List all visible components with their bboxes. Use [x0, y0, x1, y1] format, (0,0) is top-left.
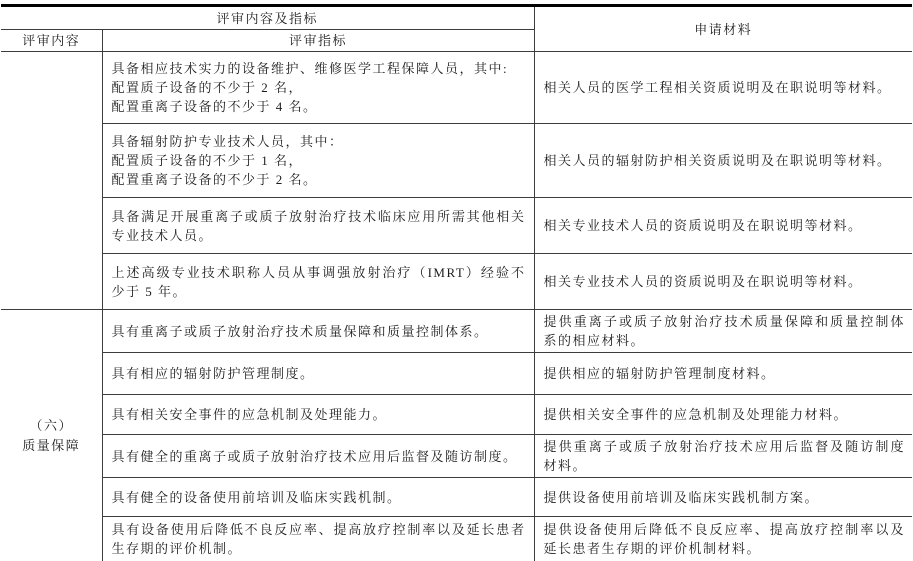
- indicator-cell: 具有重离子或质子放射治疗技术质量保障和质量控制体系。: [102, 310, 534, 353]
- material-cell: 相关人员的辐射防护相关资质说明及在职说明等材料。: [534, 124, 912, 198]
- header-application-materials: 申请材料: [534, 6, 912, 52]
- table-row: 具有健全的重离子或质子放射治疗技术应用后监督及随访制度。 提供重离子或质子放射治…: [1, 435, 912, 478]
- table-row: 具有相应的辐射防护管理制度。 提供相应的辐射防护管理制度材料。: [1, 353, 912, 395]
- material-cell: 相关专业技术人员的资质说明及在职说明等材料。: [534, 198, 912, 254]
- material-cell: 提供重离子或质子放射治疗技术应用后监督及随访制度材料。: [534, 435, 912, 478]
- header-review-indicator: 评审指标: [102, 30, 534, 52]
- indicator-cell: 具备辐射防护专业技术人员，其中： 配置质子设备的不少于 1 名， 配置重离子设备…: [102, 124, 534, 198]
- document-page: 评审内容及指标 申请材料 评审内容 评审指标 具备相应技术实力的设备维护、维修医…: [0, 0, 913, 561]
- section-label-cell: （六） 质量保障: [1, 310, 102, 561]
- section-label-line2: 质量保障: [1, 436, 102, 456]
- section-label-cell: [1, 52, 102, 310]
- table-row: 具有健全的设备使用前培训及临床实践机制。 提供设备使用前培训及临床实践机制方案。: [1, 478, 912, 517]
- material-cell: 提供相关安全事件的应急机制及处理能力材料。: [534, 395, 912, 435]
- header-review-content-and-indicators: 评审内容及指标: [1, 6, 534, 30]
- table-row: （六） 质量保障 具有重离子或质子放射治疗技术质量保障和质量控制体系。 提供重离…: [1, 310, 912, 353]
- material-cell: 相关专业技术人员的资质说明及在职说明等材料。: [534, 254, 912, 310]
- table-row: 具有设备使用后降低不良反应率、提高放疗控制率以及延长患者生存期的评价机制。 提供…: [1, 517, 912, 561]
- indicator-cell: 具有健全的重离子或质子放射治疗技术应用后监督及随访制度。: [102, 435, 534, 478]
- indicator-cell: 具有相应的辐射防护管理制度。: [102, 353, 534, 395]
- material-cell: 提供相应的辐射防护管理制度材料。: [534, 353, 912, 395]
- indicator-cell: 上述高级专业技术职称人员从事调强放射治疗（IMRT）经验不少于 5 年。: [102, 254, 534, 310]
- indicator-cell: 具备满足开展重离子或质子放射治疗技术临床应用所需其他相关专业技术人员。: [102, 198, 534, 254]
- table-row: 具有相关安全事件的应急机制及处理能力。 提供相关安全事件的应急机制及处理能力材料…: [1, 395, 912, 435]
- material-cell: 提供设备使用前培训及临床实践机制方案。: [534, 478, 912, 517]
- section-label-line1: （六）: [1, 416, 102, 436]
- material-cell: 提供重离子或质子放射治疗技术质量保障和质量控制体系的相应材料。: [534, 310, 912, 353]
- indicator-cell: 具有相关安全事件的应急机制及处理能力。: [102, 395, 534, 435]
- indicator-cell: 具有设备使用后降低不良反应率、提高放疗控制率以及延长患者生存期的评价机制。: [102, 517, 534, 561]
- review-criteria-table: 评审内容及指标 申请材料 评审内容 评审指标 具备相应技术实力的设备维护、维修医…: [1, 4, 912, 561]
- indicator-cell: 具有健全的设备使用前培训及临床实践机制。: [102, 478, 534, 517]
- table-row: 具备相应技术实力的设备维护、维修医学工程保障人员，其中: 配置质子设备的不少于 …: [1, 52, 912, 124]
- table-row: 具备辐射防护专业技术人员，其中： 配置质子设备的不少于 1 名， 配置重离子设备…: [1, 124, 912, 198]
- table-row: 上述高级专业技术职称人员从事调强放射治疗（IMRT）经验不少于 5 年。 相关专…: [1, 254, 912, 310]
- material-cell: 提供设备使用后降低不良反应率、提高放疗控制率以及延长患者生存期的评价机制材料。: [534, 517, 912, 561]
- indicator-cell: 具备相应技术实力的设备维护、维修医学工程保障人员，其中: 配置质子设备的不少于 …: [102, 52, 534, 124]
- material-cell: 相关人员的医学工程相关资质说明及在职说明等材料。: [534, 52, 912, 124]
- table-row: 具备满足开展重离子或质子放射治疗技术临床应用所需其他相关专业技术人员。 相关专业…: [1, 198, 912, 254]
- header-review-content: 评审内容: [1, 30, 102, 52]
